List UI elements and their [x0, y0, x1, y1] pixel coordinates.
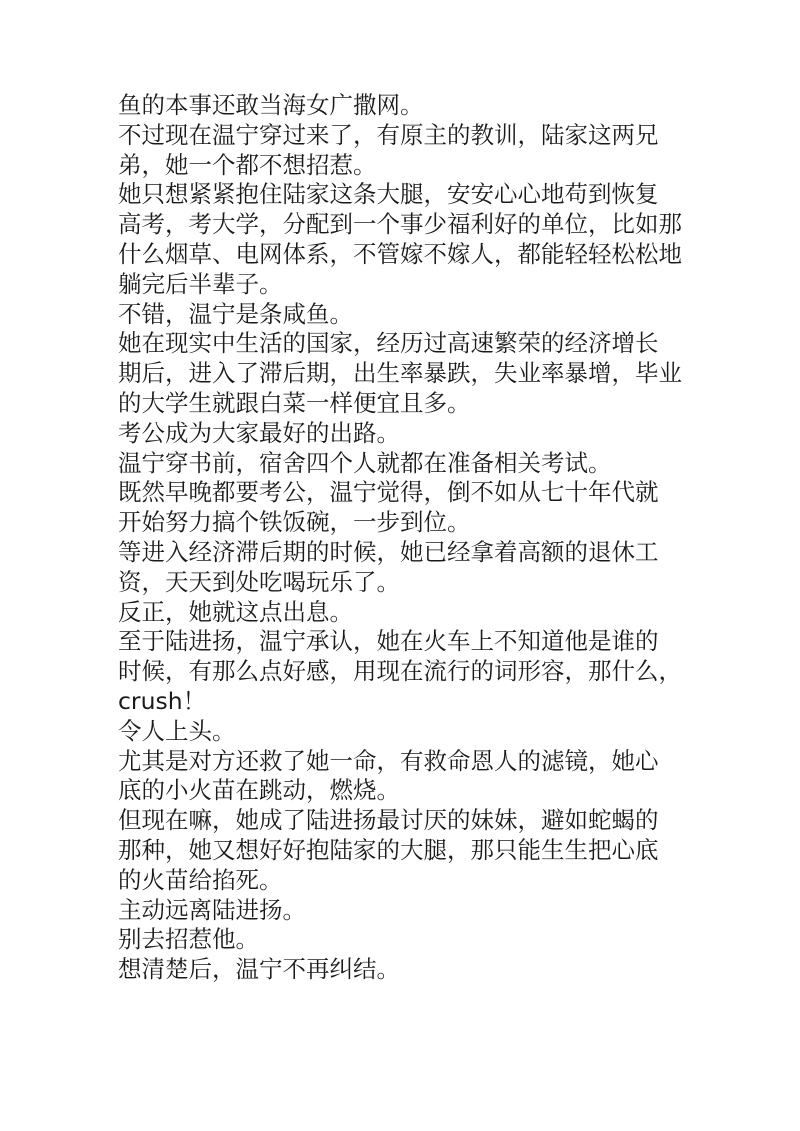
text-line: 温宁穿书前，宿舍四个人就都在准备相关考试。: [118, 449, 698, 479]
text-line: 主动远离陆进扬。: [118, 896, 698, 926]
text-line: 考公成为大家最好的出路。: [118, 419, 698, 449]
text-line: 尤其是对方还救了她一命，有救命恩人的滤镜，她心: [118, 747, 698, 777]
text-line: 资，天天到处吃喝玩乐了。: [118, 568, 698, 598]
text-line: 弟，她一个都不想招惹。: [118, 151, 698, 181]
text-line: 的大学生就跟白菜一样便宜且多。: [118, 389, 698, 419]
text-line: 底的小火苗在跳动，燃烧。: [118, 776, 698, 806]
text-line: 她在现实中生活的国家，经历过高速繁荣的经济增长: [118, 329, 698, 359]
text-line: crush！: [118, 687, 698, 717]
text-line: 期后，进入了滞后期，出生率暴跌，失业率暴增，毕业: [118, 359, 698, 389]
text-line: 那种，她又想好好抱陆家的大腿，那只能生生把心底: [118, 836, 698, 866]
text-line: 别去招惹他。: [118, 925, 698, 955]
text-line: 高考，考大学，分配到一个事少福利好的单位，比如那: [118, 210, 698, 240]
text-line: 她只想紧紧抱住陆家这条大腿，安安心心地苟到恢复: [118, 180, 698, 210]
text-line: 至于陆进扬，温宁承认，她在火车上不知道他是谁的: [118, 627, 698, 657]
text-line: 令人上头。: [118, 717, 698, 747]
text-line: 鱼的本事还敢当海女广撒网。: [118, 91, 698, 121]
document-body: 鱼的本事还敢当海女广撒网。 不过现在温宁穿过来了，有原主的教训，陆家这两兄 弟，…: [118, 91, 698, 985]
text-line: 想清楚后，温宁不再纠结。: [118, 955, 698, 985]
text-line: 但现在嘛，她成了陆进扬最讨厌的妹妹，避如蛇蝎的: [118, 806, 698, 836]
text-line: 开始努力搞个铁饭碗，一步到位。: [118, 508, 698, 538]
text-line: 躺完后半辈子。: [118, 270, 698, 300]
text-line: 时候，有那么点好感，用现在流行的词形容，那什么，: [118, 657, 698, 687]
text-line: 等进入经济滞后期的时候，她已经拿着高额的退休工: [118, 538, 698, 568]
text-line: 什么烟草、电网体系，不管嫁不嫁人，都能轻轻松松地: [118, 240, 698, 270]
text-line: 不错，温宁是条咸鱼。: [118, 300, 698, 330]
text-line: 反正，她就这点出息。: [118, 598, 698, 628]
text-line: 的火苗给掐死。: [118, 866, 698, 896]
text-line: 不过现在温宁穿过来了，有原主的教训，陆家这两兄: [118, 121, 698, 151]
text-line: 既然早晚都要考公，温宁觉得，倒不如从七十年代就: [118, 478, 698, 508]
